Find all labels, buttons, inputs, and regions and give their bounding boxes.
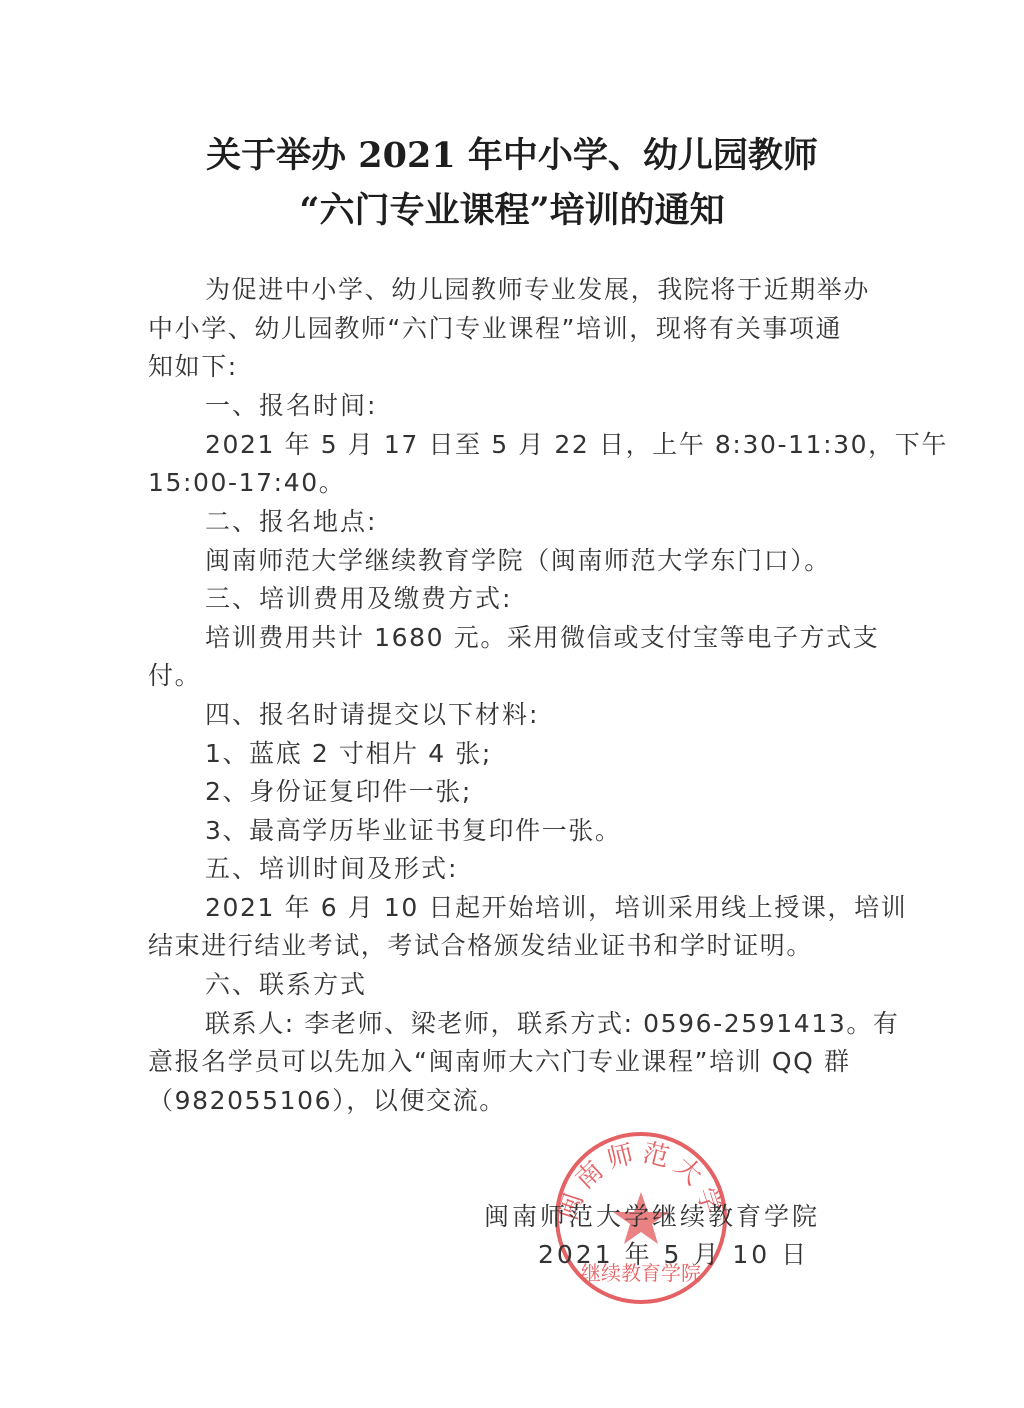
section-2-line-1: 闽南师范大学继续教育学院（闽南师范大学东门口）。 <box>205 541 831 577</box>
intro-line-3: 知如下: <box>148 347 238 383</box>
section-1-line-2: 15:00-17:40。 <box>148 463 345 499</box>
section-1-heading: 一、报名时间: <box>205 386 377 422</box>
section-6-line-3: （982055106），以便交流。 <box>148 1081 506 1117</box>
intro-line-1: 为促进中小学、幼儿园教师专业发展，我院将于近期举办 <box>205 270 870 306</box>
section-4-heading: 四、报名时请提交以下材料: <box>205 695 539 731</box>
title-line-1: 关于举办 2021 年中小学、幼儿园教师 <box>0 128 1024 178</box>
section-5-line-2: 结束进行结业考试，考试合格颁发结业证书和学时证明。 <box>148 926 813 962</box>
section-6-line-1: 联系人: 李老师、梁老师，联系方式: 0596-2591413。有 <box>205 1004 900 1040</box>
section-6-line-2: 意报名学员可以先加入“闽南师大六门专业课程”培训 QQ 群 <box>148 1042 851 1078</box>
title-line-2: “六门专业课程”培训的通知 <box>0 183 1024 233</box>
section-2-heading: 二、报名地点: <box>205 502 377 538</box>
section-1-line-1: 2021 年 5 月 17 日至 5 月 22 日，上午 8:30-11:30，… <box>205 425 948 461</box>
signature-organization: 闽南师范大学继续教育学院 <box>484 1197 820 1233</box>
section-4-line-3: 3、最高学历毕业证书复印件一张。 <box>205 811 622 847</box>
section-6-heading: 六、联系方式 <box>205 965 367 1001</box>
section-5-line-1: 2021 年 6 月 10 日起开始培训，培训采用线上授课，培训 <box>205 888 907 924</box>
signature-date: 2021 年 5 月 10 日 <box>538 1235 809 1271</box>
section-3-line-1: 培训费用共计 1680 元。采用微信或支付宝等电子方式支 <box>205 618 879 654</box>
section-4-line-2: 2、身份证复印件一张; <box>205 772 472 808</box>
section-4-line-1: 1、蓝底 2 寸相片 4 张; <box>205 734 492 770</box>
intro-line-2: 中小学、幼儿园教师“六门专业课程”培训，现将有关事项通 <box>148 309 842 345</box>
notice-page: 关于举办 2021 年中小学、幼儿园教师 “六门专业课程”培训的通知 为促进中小… <box>0 0 1024 1408</box>
section-5-heading: 五、培训时间及形式: <box>205 849 458 885</box>
section-3-line-2: 付。 <box>148 656 201 692</box>
section-3-heading: 三、培训费用及缴费方式: <box>205 579 512 615</box>
